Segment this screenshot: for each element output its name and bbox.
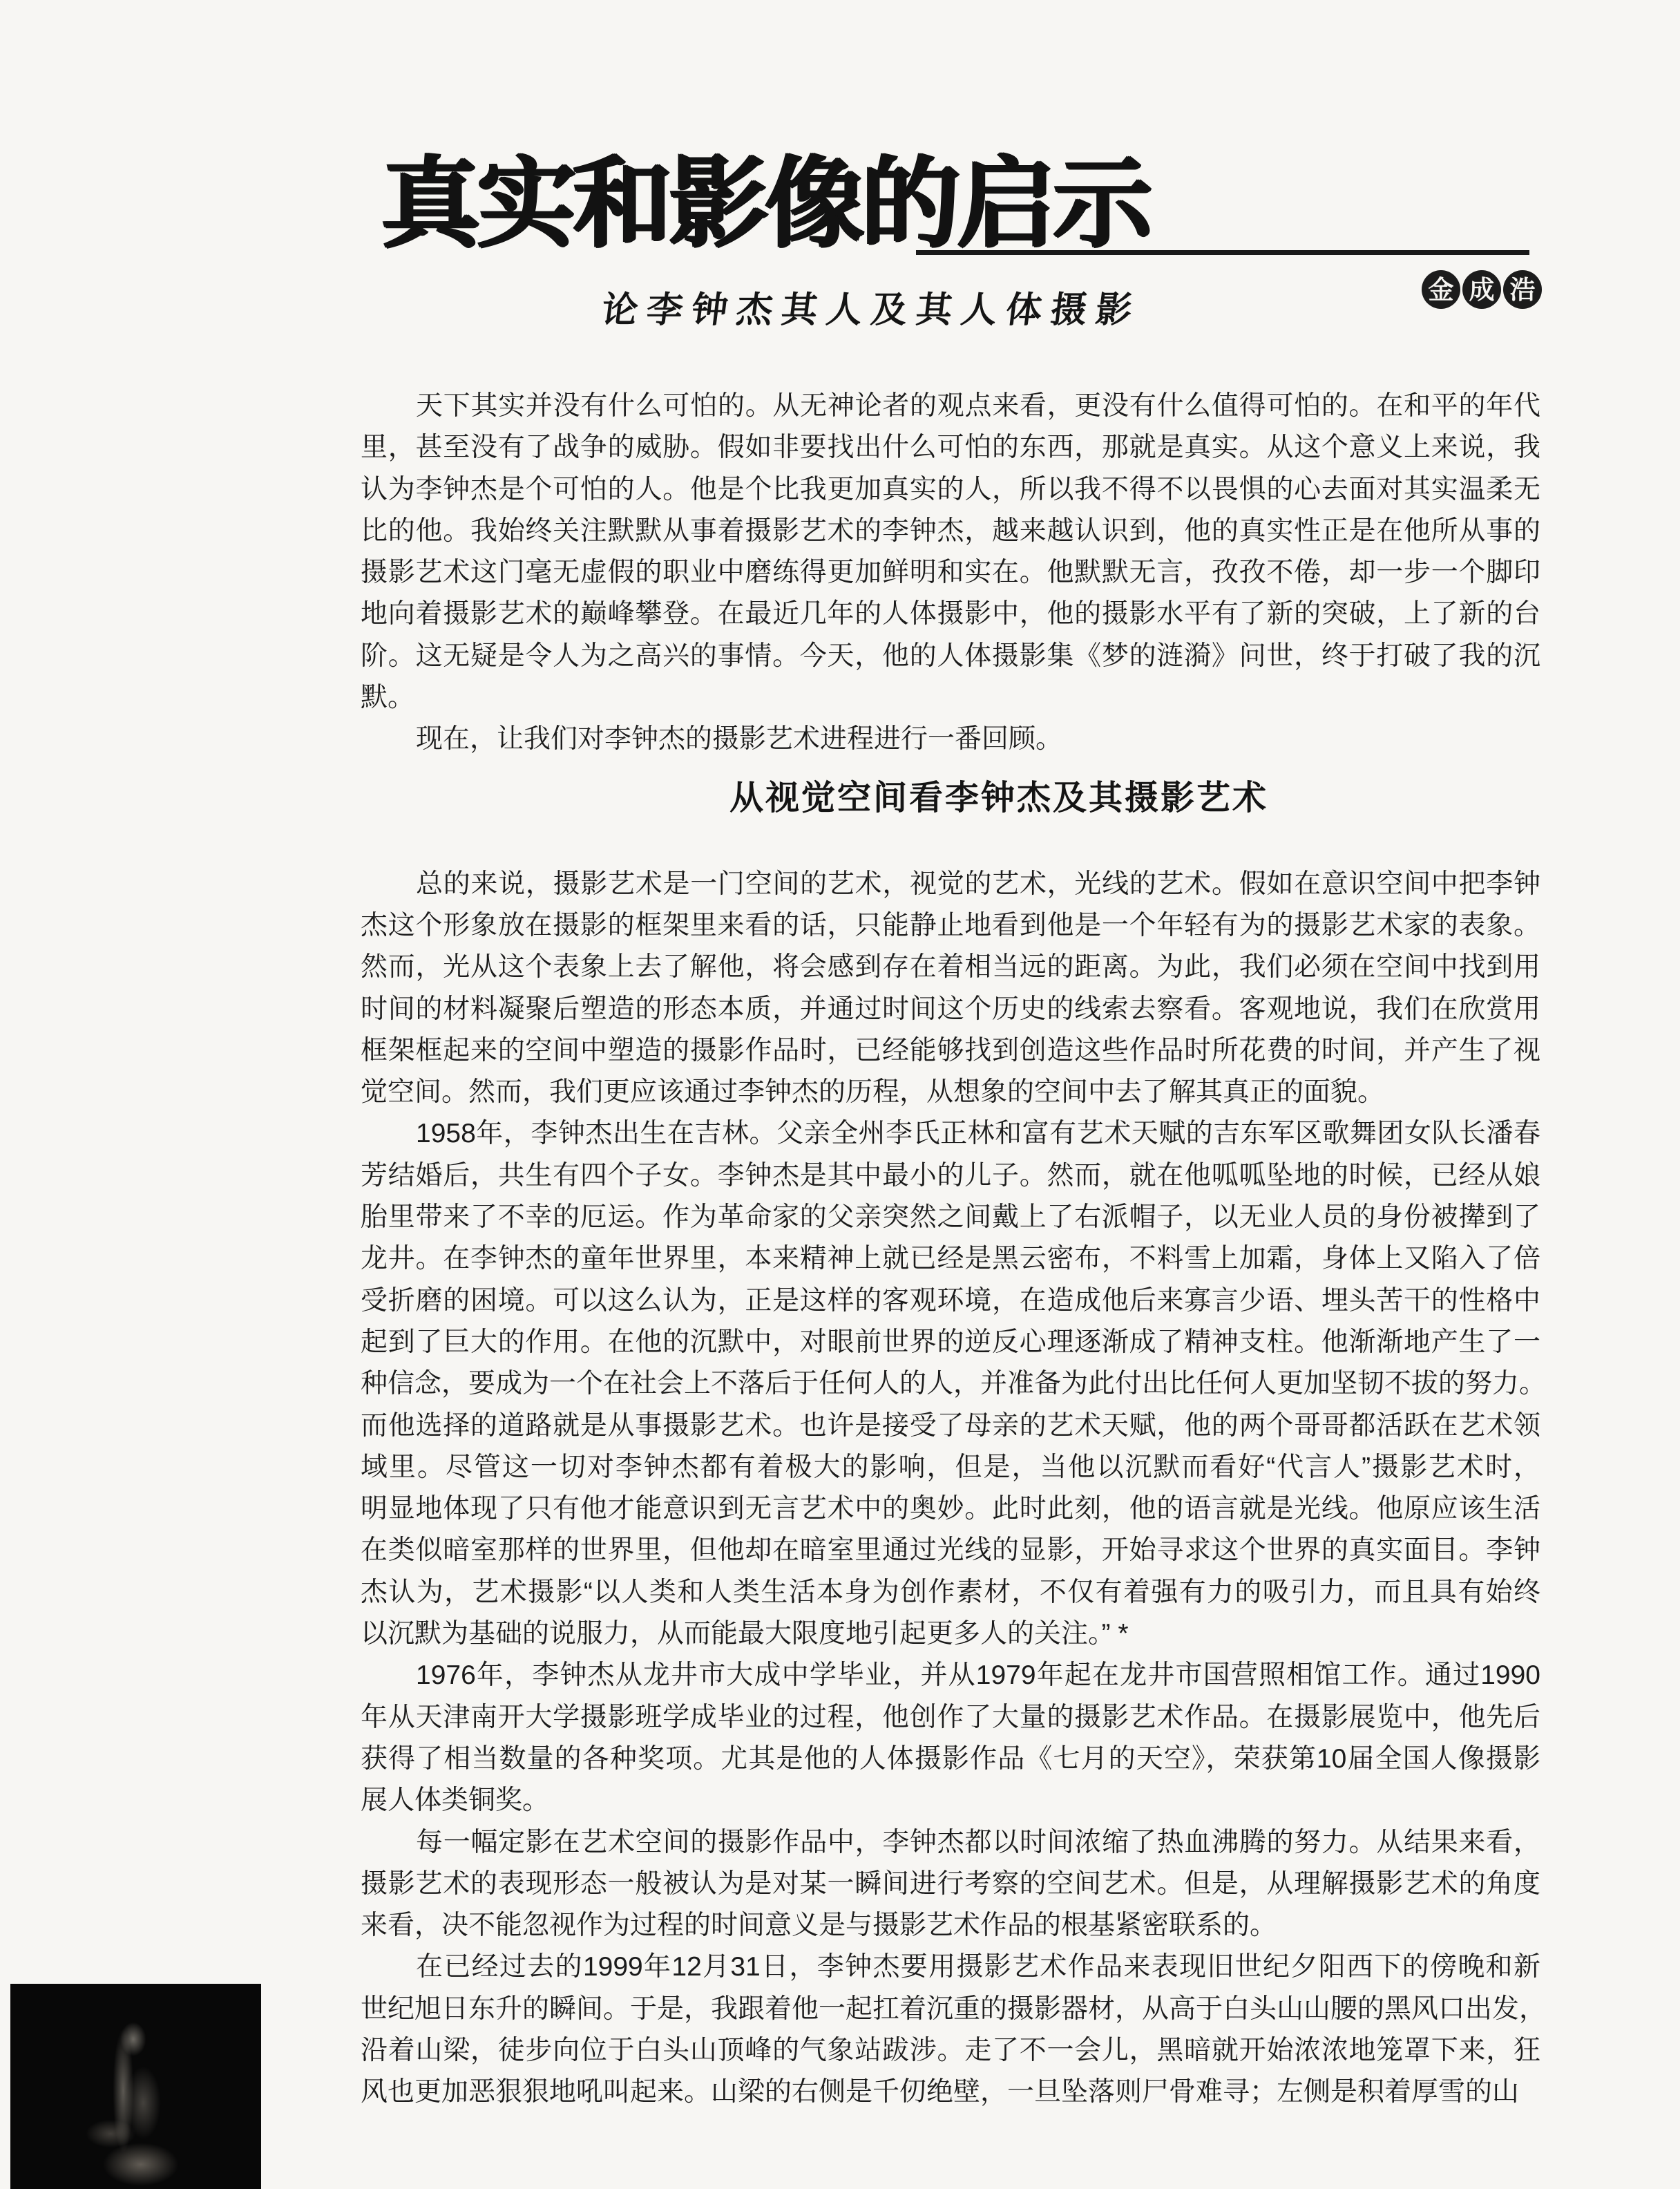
text-line: 龙井。在李钟杰的童年世界里，本来精神上就已经是黑云密布，不料雪上加霜，身体上又陷…: [361, 1238, 1540, 1280]
section-heading: 从视觉空间看李钟杰及其摄影艺术: [729, 779, 1268, 817]
paragraph: 总的来说，摄影艺术是一门空间的艺术，视觉的艺术，光线的艺术。假如在意识空间中把李…: [361, 864, 1540, 1114]
text-line: 在类似暗室那样的世界里，但他却在暗室里通过光线的显影，开始寻求这个世界的真实面目…: [361, 1530, 1540, 1571]
text-line: 总的来说，摄影艺术是一门空间的艺术，视觉的艺术，光线的艺术。假如在意识空间中把李…: [361, 864, 1540, 905]
text-line: 阶。这无疑是令人为之高兴的事情。今天，他的人体摄影集《梦的涟漪》问世，终于打破了…: [361, 636, 1540, 677]
text-line: 里，甚至没有了战争的威胁。假如非要找出什么可怕的东西，那就是真实。从这个意义上来…: [361, 427, 1540, 468]
text-line: 地向着摄影艺术的巅峰攀登。在最近几年的人体摄影中，他的摄影水平有了新的突破，上了…: [361, 594, 1540, 635]
text-line: 摄影艺术的表现形态一般被认为是对某一瞬间进行考察的空间艺术。但是，从理解摄影艺术…: [361, 1864, 1540, 1905]
text-line: 天下其实并没有什么可怕的。从无神论者的观点来看，更没有什么值得可怕的。在和平的年…: [361, 386, 1540, 427]
paragraph: 每一幅定影在艺术空间的摄影作品中，李钟杰都以时间浓缩了热血沸腾的努力。从结果来看…: [361, 1822, 1540, 1947]
text-line: 1976年，李钟杰从龙井市大成中学毕业，并从1979年起在龙井市国营照相馆工作。…: [361, 1655, 1540, 1696]
page-title: 真实和影像的启示: [381, 153, 1149, 256]
text-line: 杰认为，艺术摄影“以人类和人类生活本身为创作素材，不仅有着强有力的吸引力，而且具…: [361, 1572, 1540, 1613]
scanned-article-page: 真实和影像的启示 金成浩 论李钟杰其人及其人体摄影 天下其实并没有什么可怕的。从…: [0, 0, 1680, 2189]
text-line: 杰这个形象放在摄影的框架里来看的话，只能静止地看到他是一个年轻有为的摄影艺术家的…: [361, 905, 1540, 947]
text-line: 来看，决不能忽视作为过程的时间意义是与摄影艺术作品的根基紧密联系的。: [361, 1905, 1540, 1946]
paragraph: 在已经过去的1999年12月31日，李钟杰要用摄影艺术作品来表现旧世纪夕阳西下的…: [361, 1946, 1540, 2113]
text-line: 现在，让我们对李钟杰的摄影艺术进程进行一番回顾。: [361, 719, 1540, 760]
paragraph: 1958年，李钟杰出生在吉林。父亲全州李氏正林和富有艺术天赋的吉东军区歌舞团女队…: [361, 1113, 1540, 1655]
text-line: 1958年，李钟杰出生在吉林。父亲全州李氏正林和富有艺术天赋的吉东军区歌舞团女队…: [361, 1113, 1540, 1155]
paragraph: 天下其实并没有什么可怕的。从无神论者的观点来看，更没有什么值得可怕的。在和平的年…: [361, 386, 1540, 719]
author-name-seals: 金成浩: [1422, 270, 1542, 309]
text-line: 沿着山梁，徒步向位于白头山顶峰的气象站跋涉。走了不一会儿，黑暗就开始浓浓地笼罩下…: [361, 2030, 1540, 2072]
text-line: 框架框起来的空间中塑造的摄影作品时，已经能够找到创造这些作品时所花费的时间，并产…: [361, 1030, 1540, 1072]
author-seal: 金: [1422, 270, 1460, 309]
title-underline-rule: [916, 250, 1529, 255]
paragraph: 1976年，李钟杰从龙井市大成中学毕业，并从1979年起在龙井市国营照相馆工作。…: [361, 1655, 1540, 1821]
text-line: 然而，光从这个表象上去了解他，将会感到存在着相当远的距离。为此，我们必须在空间中…: [361, 947, 1540, 988]
figure-photograph: [10, 1984, 261, 2189]
paragraph: 现在，让我们对李钟杰的摄影艺术进程进行一番回顾。: [361, 719, 1540, 760]
article-body: 天下其实并没有什么可怕的。从无神论者的观点来看，更没有什么值得可怕的。在和平的年…: [361, 386, 1540, 2114]
text-line: 种信念，要成为一个在社会上不落后于任何人的人，并准备为此付出比任何人更加坚韧不拔…: [361, 1363, 1540, 1405]
author-seal: 成: [1462, 270, 1501, 309]
text-line: 芳结婚后，共生有四个子女。李钟杰是其中最小的儿子。然而，就在他呱呱坠地的时候，已…: [361, 1155, 1540, 1197]
text-line: 起到了巨大的作用。在他的沉默中，对眼前世界的逆反心理逐渐成了精神支柱。他渐渐地产…: [361, 1322, 1540, 1363]
text-line: 以沉默为基础的说服力，从而能最大限度地引起更多人的关注。” *: [361, 1613, 1540, 1655]
text-line: 胎里带来了不幸的厄运。作为革命家的父亲突然之间戴上了右派帽子，以无业人员的身份被…: [361, 1197, 1540, 1238]
text-line: 年从天津南开大学摄影班学成毕业的过程，他创作了大量的摄影艺术作品。在摄影展览中，…: [361, 1697, 1540, 1738]
text-line: 觉空间。然而，我们更应该通过李钟杰的历程，从想象的空间中去了解其真正的面貌。: [361, 1072, 1540, 1113]
author-seal: 浩: [1503, 270, 1542, 309]
text-line: 而他选择的道路就是从事摄影艺术。也许是接受了母亲的艺术天赋，他的两个哥哥都活跃在…: [361, 1405, 1540, 1447]
text-line: 风也更加恶狠狠地吼叫起来。山梁的右侧是千仞绝壁，一旦坠落则尸骨难寻；左侧是积着厚…: [361, 2072, 1540, 2113]
text-line: 在已经过去的1999年12月31日，李钟杰要用摄影艺术作品来表现旧世纪夕阳西下的…: [361, 1946, 1540, 1988]
text-line: 受折磨的困境。可以这么认为，正是这样的客观环境，在造成他后来寡言少语、埋头苦干的…: [361, 1280, 1540, 1322]
text-line: 明显地体现了只有他才能意识到无言艺术中的奥妙。此时此刻，他的语言就是光线。他原应…: [361, 1488, 1540, 1530]
text-line: 时间的材料凝聚后塑造的形态本质，并通过时间这个历史的线索去察看。客观地说，我们在…: [361, 989, 1540, 1030]
text-line: 认为李钟杰是个可怕的人。他是个比我更加真实的人，所以我不得不以畏惧的心去面对其实…: [361, 469, 1540, 511]
text-line: 默。: [361, 677, 1540, 719]
text-line: 每一幅定影在艺术空间的摄影作品中，李钟杰都以时间浓缩了热血沸腾的努力。从结果来看…: [361, 1822, 1540, 1864]
subtitle: 论李钟杰其人及其人体摄影: [599, 281, 1144, 332]
text-line: 获得了相当数量的各种奖项。尤其是他的人体摄影作品《七月的天空》，荣获第10届全国…: [361, 1738, 1540, 1780]
text-line: 展人体类铜奖。: [361, 1780, 1540, 1821]
text-line: 世纪旭日东升的瞬间。于是，我跟着他一起扛着沉重的摄影器材，从高于白头山山腰的黑风…: [361, 1989, 1540, 2030]
text-line: 域里。尽管这一切对李钟杰都有着极大的影响，但是，当他以沉默而看好“代言人”摄影艺…: [361, 1447, 1540, 1488]
text-line: 比的他。我始终关注默默从事着摄影艺术的李钟杰，越来越认识到，他的真实性正是在他所…: [361, 511, 1540, 552]
text-line: 摄影艺术这门毫无虚假的职业中磨练得更加鲜明和实在。他默默无言，孜孜不倦，却一步一…: [361, 552, 1540, 594]
